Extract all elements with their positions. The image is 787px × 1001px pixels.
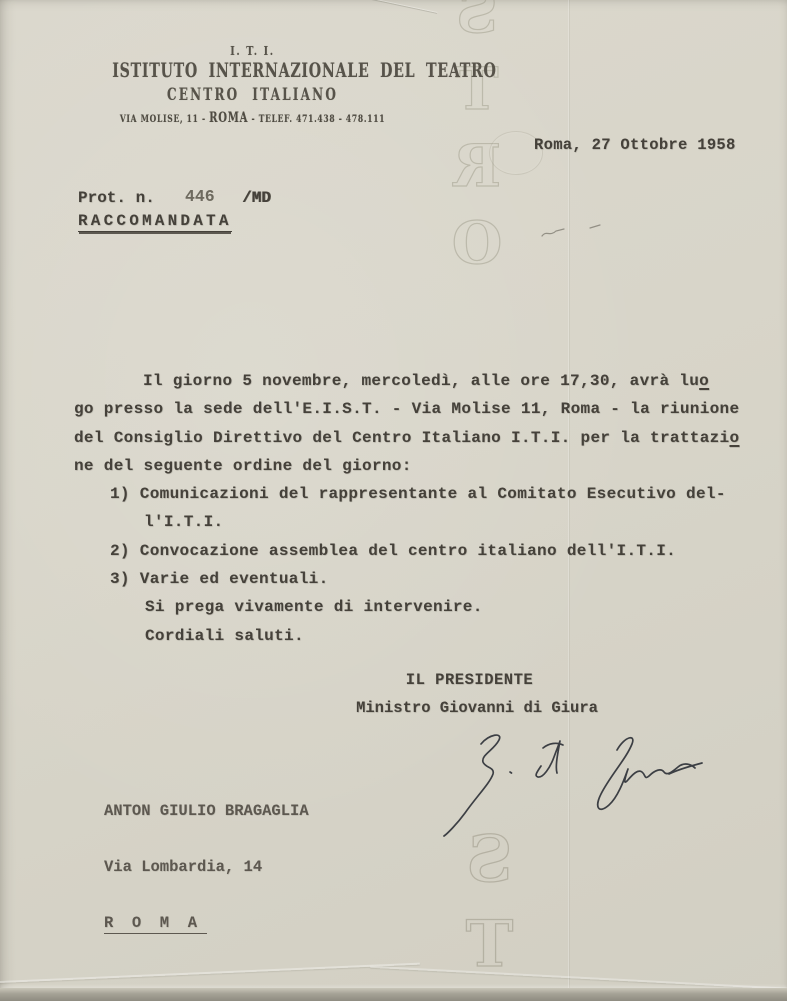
body-text: Cordiali saluti. — [145, 627, 304, 645]
body-line: ne del seguente ordine del giorno: — [74, 457, 754, 485]
body-line: Si prega vivamente di intervenire. — [74, 598, 754, 626]
body-text: ne del seguente ordine del giorno: — [74, 457, 412, 475]
recipient-city: R O M A — [104, 914, 207, 934]
body-text: Si prega vivamente di intervenire. — [145, 598, 483, 616]
letterhead-address: VIA MOLISE, 11 - ROMA - TELEF. 471.438 -… — [110, 110, 394, 126]
handwritten-signature — [437, 710, 707, 840]
body-line: 2) Convocazione assemblea del centro ita… — [74, 542, 754, 570]
body-text: l'I.T.I. — [144, 513, 223, 531]
recipient-name: ANTON GIULIO BRAGAGLIA — [104, 802, 309, 821]
body-line: 3) Varie ed eventuali. — [74, 570, 754, 598]
recipient-address: ANTON GIULIO BRAGAGLIA Via Lombardia, 14… — [104, 764, 309, 972]
protocol-label: Prot. n. — [78, 189, 155, 207]
letterhead-center-name: CENTRO ITALIANO — [108, 85, 396, 104]
body-line: Il giorno 5 novembre, mercoledì, alle or… — [74, 372, 754, 400]
letterhead-abbreviation: I. T. I. — [95, 44, 411, 58]
body-text: 2) Convocazione assemblea del centro ita… — [110, 542, 676, 560]
letterhead: I. T. I. ISTITUTO INTERNAZIONALE DEL TEA… — [55, 0, 450, 140]
continuation-underlined-letter: o — [699, 372, 709, 390]
body-text: 1) Comunicazioni del rappresentante al C… — [110, 485, 726, 503]
signature-dot — [510, 772, 512, 773]
body-text: Il giorno 5 novembre, mercoledì, alle or… — [143, 372, 699, 390]
body-line: Cordiali saluti. — [74, 627, 754, 655]
protocol-suffix: /MD — [242, 189, 271, 207]
page-bottom-edge-shadow — [0, 988, 787, 1001]
address-street: VIA MOLISE, 11 - — [120, 113, 209, 125]
paper-crease — [370, 966, 787, 990]
body-text: go presso la sede dell'E.I.S.T. - Via Mo… — [74, 400, 739, 418]
body-line: 1) Comunicazioni del rappresentante al C… — [74, 485, 754, 513]
signature-surname-stroke — [598, 738, 695, 810]
scanned-letter-page: STRONG STRONG I. T. I. ISTITUTO INTERNAZ… — [0, 0, 787, 1001]
address-city: ROMA — [209, 110, 248, 126]
signer-title: IL PRESIDENTE — [352, 671, 587, 689]
body-line: go presso la sede dell'E.I.S.T. - Via Mo… — [74, 400, 754, 428]
letter-body: Il giorno 5 novembre, mercoledì, alle or… — [74, 372, 754, 655]
body-line: l'I.T.I. — [74, 513, 754, 541]
continuation-underlined-letter: o — [729, 429, 739, 447]
body-text: del Consiglio Direttivo del Centro Itali… — [74, 429, 729, 447]
date-line: Roma, 27 Ottobre 1958 — [534, 136, 736, 154]
address-phone: - TELEF. 471.438 - 478.111 — [248, 113, 385, 125]
recipient-street: Via Lombardia, 14 — [104, 858, 309, 877]
body-text: 3) Varie ed eventuali. — [110, 570, 329, 588]
signature-di-stroke — [536, 741, 560, 777]
signature-initial-stroke — [444, 735, 500, 836]
protocol-number: 446 — [185, 187, 215, 206]
stray-pen-marks — [538, 218, 618, 248]
body-line: del Consiglio Direttivo del Centro Itali… — [74, 429, 754, 457]
letterhead-institute-name: ISTITUTO INTERNAZIONALE DEL TEATRO — [112, 58, 392, 82]
registered-mail-label: RACCOMANDATA — [78, 212, 232, 232]
